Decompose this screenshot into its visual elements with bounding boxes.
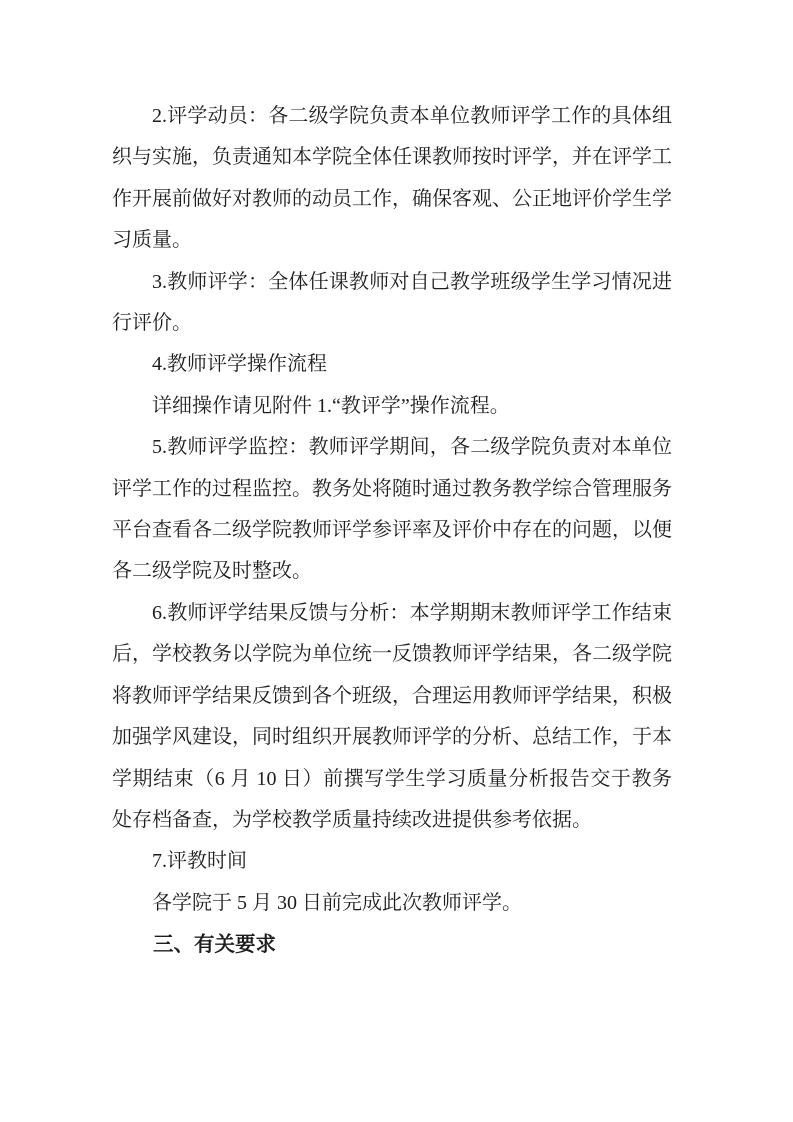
paragraph-3-teacher-evaluation: 3.教师评学：全体任课教师对自己教学班级学生学习情况进行评价。 xyxy=(112,262,672,345)
section-heading-requirements: 三、有关要求 xyxy=(112,924,672,965)
paragraph-4-operation-process-title: 4.教师评学操作流程 xyxy=(112,344,672,385)
document-body: 2.评学动员：各二级学院负责本单位教师评学工作的具体组织与实施，负责通知本学院全… xyxy=(112,96,672,966)
paragraph-7-evaluation-time-title: 7.评教时间 xyxy=(112,841,672,882)
paragraph-2-evaluation-mobilization: 2.评学动员：各二级学院负责本单位教师评学工作的具体组织与实施，负责通知本学院全… xyxy=(112,96,672,262)
paragraph-deadline-note: 各学院于 5 月 30 日前完成此次教师评学。 xyxy=(112,883,672,924)
paragraph-attachment-note: 详细操作请见附件 1.“教评学”操作流程。 xyxy=(112,386,672,427)
paragraph-5-evaluation-monitoring: 5.教师评学监控：教师评学期间，各二级学院负责对本单位评学工作的过程监控。教务处… xyxy=(112,427,672,593)
document-page: 2.评学动员：各二级学院负责本单位教师评学工作的具体组织与实施，负责通知本学院全… xyxy=(0,0,793,1122)
paragraph-6-results-feedback-analysis: 6.教师评学结果反馈与分析：本学期期末教师评学工作结束后，学校教务以学院为单位统… xyxy=(112,593,672,841)
